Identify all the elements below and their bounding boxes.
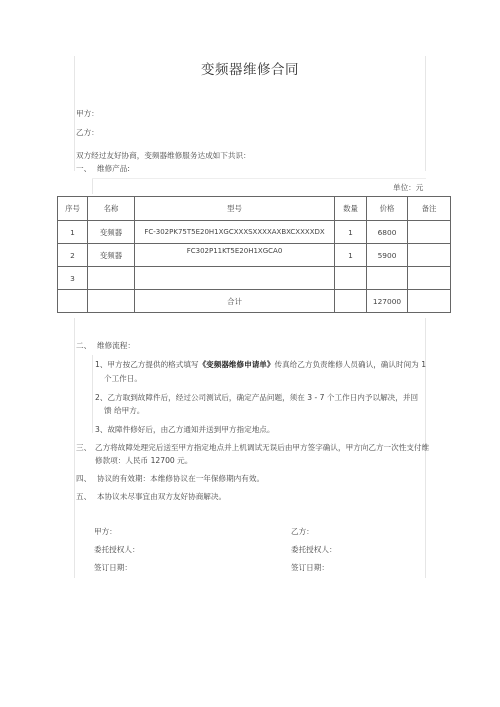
section3-line2: 修款项：人民币 12700 元。 <box>95 455 192 466</box>
section4-number: 四、 <box>76 473 91 484</box>
party-b-label: 乙方： <box>76 127 99 138</box>
section1-number: 一、 <box>76 163 91 174</box>
cell-price <box>367 267 408 290</box>
process-item-1-pre: 1、甲方按乙方提供的格式填写 <box>95 360 199 369</box>
cell-empty <box>58 290 88 313</box>
cell-name <box>88 267 135 290</box>
cell-empty <box>408 290 451 313</box>
cell-empty <box>88 290 135 313</box>
form-name: 《变频器维修申请单》 <box>199 360 275 369</box>
sign-date-a: 签订日期： <box>94 562 132 573</box>
process-item-3: 3、故障件修好后，由乙方通知并送到甲方指定地点。 <box>95 424 275 435</box>
cell-name: 变频器 <box>88 221 135 244</box>
process-item-2-line1: 2、乙方取到故障件后，经过公司测试后，确定产品问题，须在 3 - 7 个工作日内… <box>95 392 418 403</box>
total-label: 合计 <box>135 290 335 313</box>
table-total-row: 合计 127000 <box>58 290 451 313</box>
cell-note <box>408 221 451 244</box>
cell-note <box>408 244 451 267</box>
unit-border-top <box>92 178 426 179</box>
cell-note <box>408 267 451 290</box>
header-price: 价格 <box>367 197 408 221</box>
sign-date-b: 签订日期： <box>291 562 329 573</box>
process-item-1-line1: 1、甲方按乙方提供的格式填写《变频器维修申请单》传真给乙方负责维修人员确认，确认… <box>95 359 426 370</box>
table-row: 1 变频器 FC-302PK75T5E20H1XGCXXXSXXXXAXBXCX… <box>58 221 451 244</box>
table-row: 3 <box>58 267 451 290</box>
cell-no: 1 <box>58 221 88 244</box>
sign-agent-b: 委托授权人： <box>291 544 337 555</box>
cell-model <box>135 267 335 290</box>
cell-price: 5900 <box>367 244 408 267</box>
sign-party-a: 甲方： <box>94 526 117 537</box>
intro-text: 双方经过友好协商，变频器维修服务达成如下共识： <box>76 150 251 161</box>
cell-model-text: FC302P11KT5E20H1XGCA0 <box>135 247 334 255</box>
header-no: 序号 <box>58 197 88 221</box>
process-item-1-post: 传真给乙方负责维修人员确认，确认时间为 1 <box>275 360 427 369</box>
list-border-left <box>92 355 93 433</box>
total-price: 127000 <box>367 290 408 313</box>
cell-model: FC-302PK75T5E20H1XGCXXXSXXXXAXBXCXXXXDX <box>135 221 335 244</box>
sign-party-b: 乙方： <box>291 526 314 537</box>
unit-border-left <box>92 178 93 194</box>
header-model: 型号 <box>135 197 335 221</box>
table-header-row: 序号 名称 型号 数量 价格 备注 <box>58 197 451 221</box>
section5-number: 五、 <box>76 491 91 502</box>
section4-text: 协议的有效期：本维修协议在一年保修期内有效。 <box>97 473 264 484</box>
section2-number: 二、 <box>76 340 91 351</box>
table-row: 2 变频器 FC302P11KT5E20H1XGCA0 1 5900 <box>58 244 451 267</box>
sign-agent-a: 委托授权人： <box>94 544 140 555</box>
cell-qty <box>335 267 367 290</box>
cell-qty: 1 <box>335 221 367 244</box>
section5-text: 本协议未尽事宜由双方友好协商解决。 <box>97 491 226 502</box>
party-a-label: 甲方： <box>76 108 99 119</box>
header-qty: 数量 <box>335 197 367 221</box>
process-item-2-line2: 馈 给甲方。 <box>104 405 144 416</box>
header-name: 名称 <box>88 197 135 221</box>
section3-number: 三、 <box>76 442 91 453</box>
cell-no: 3 <box>58 267 88 290</box>
section2-label: 维修流程： <box>97 340 135 351</box>
cell-price: 6800 <box>367 221 408 244</box>
section1-label: 维修产品: <box>97 163 130 174</box>
header-note: 备注 <box>408 197 451 221</box>
cell-model: FC302P11KT5E20H1XGCA0 <box>135 244 335 267</box>
process-item-1-line2: 个工作日。 <box>104 373 142 384</box>
cell-empty <box>335 290 367 313</box>
page-border-left-2 <box>74 318 75 578</box>
document-title: 变频器维修合同 <box>0 58 500 78</box>
product-table: 序号 名称 型号 数量 价格 备注 1 变频器 FC-302PK75T5E20H… <box>57 196 451 313</box>
cell-no: 2 <box>58 244 88 267</box>
unit-label: 单位：元 <box>393 182 423 193</box>
cell-qty: 1 <box>335 244 367 267</box>
cell-name: 变频器 <box>88 244 135 267</box>
section3-line1: 乙方将故障处理完后送至甲方指定地点并上机调试无误后由甲方签字确认，甲方向乙方一次… <box>95 442 429 453</box>
